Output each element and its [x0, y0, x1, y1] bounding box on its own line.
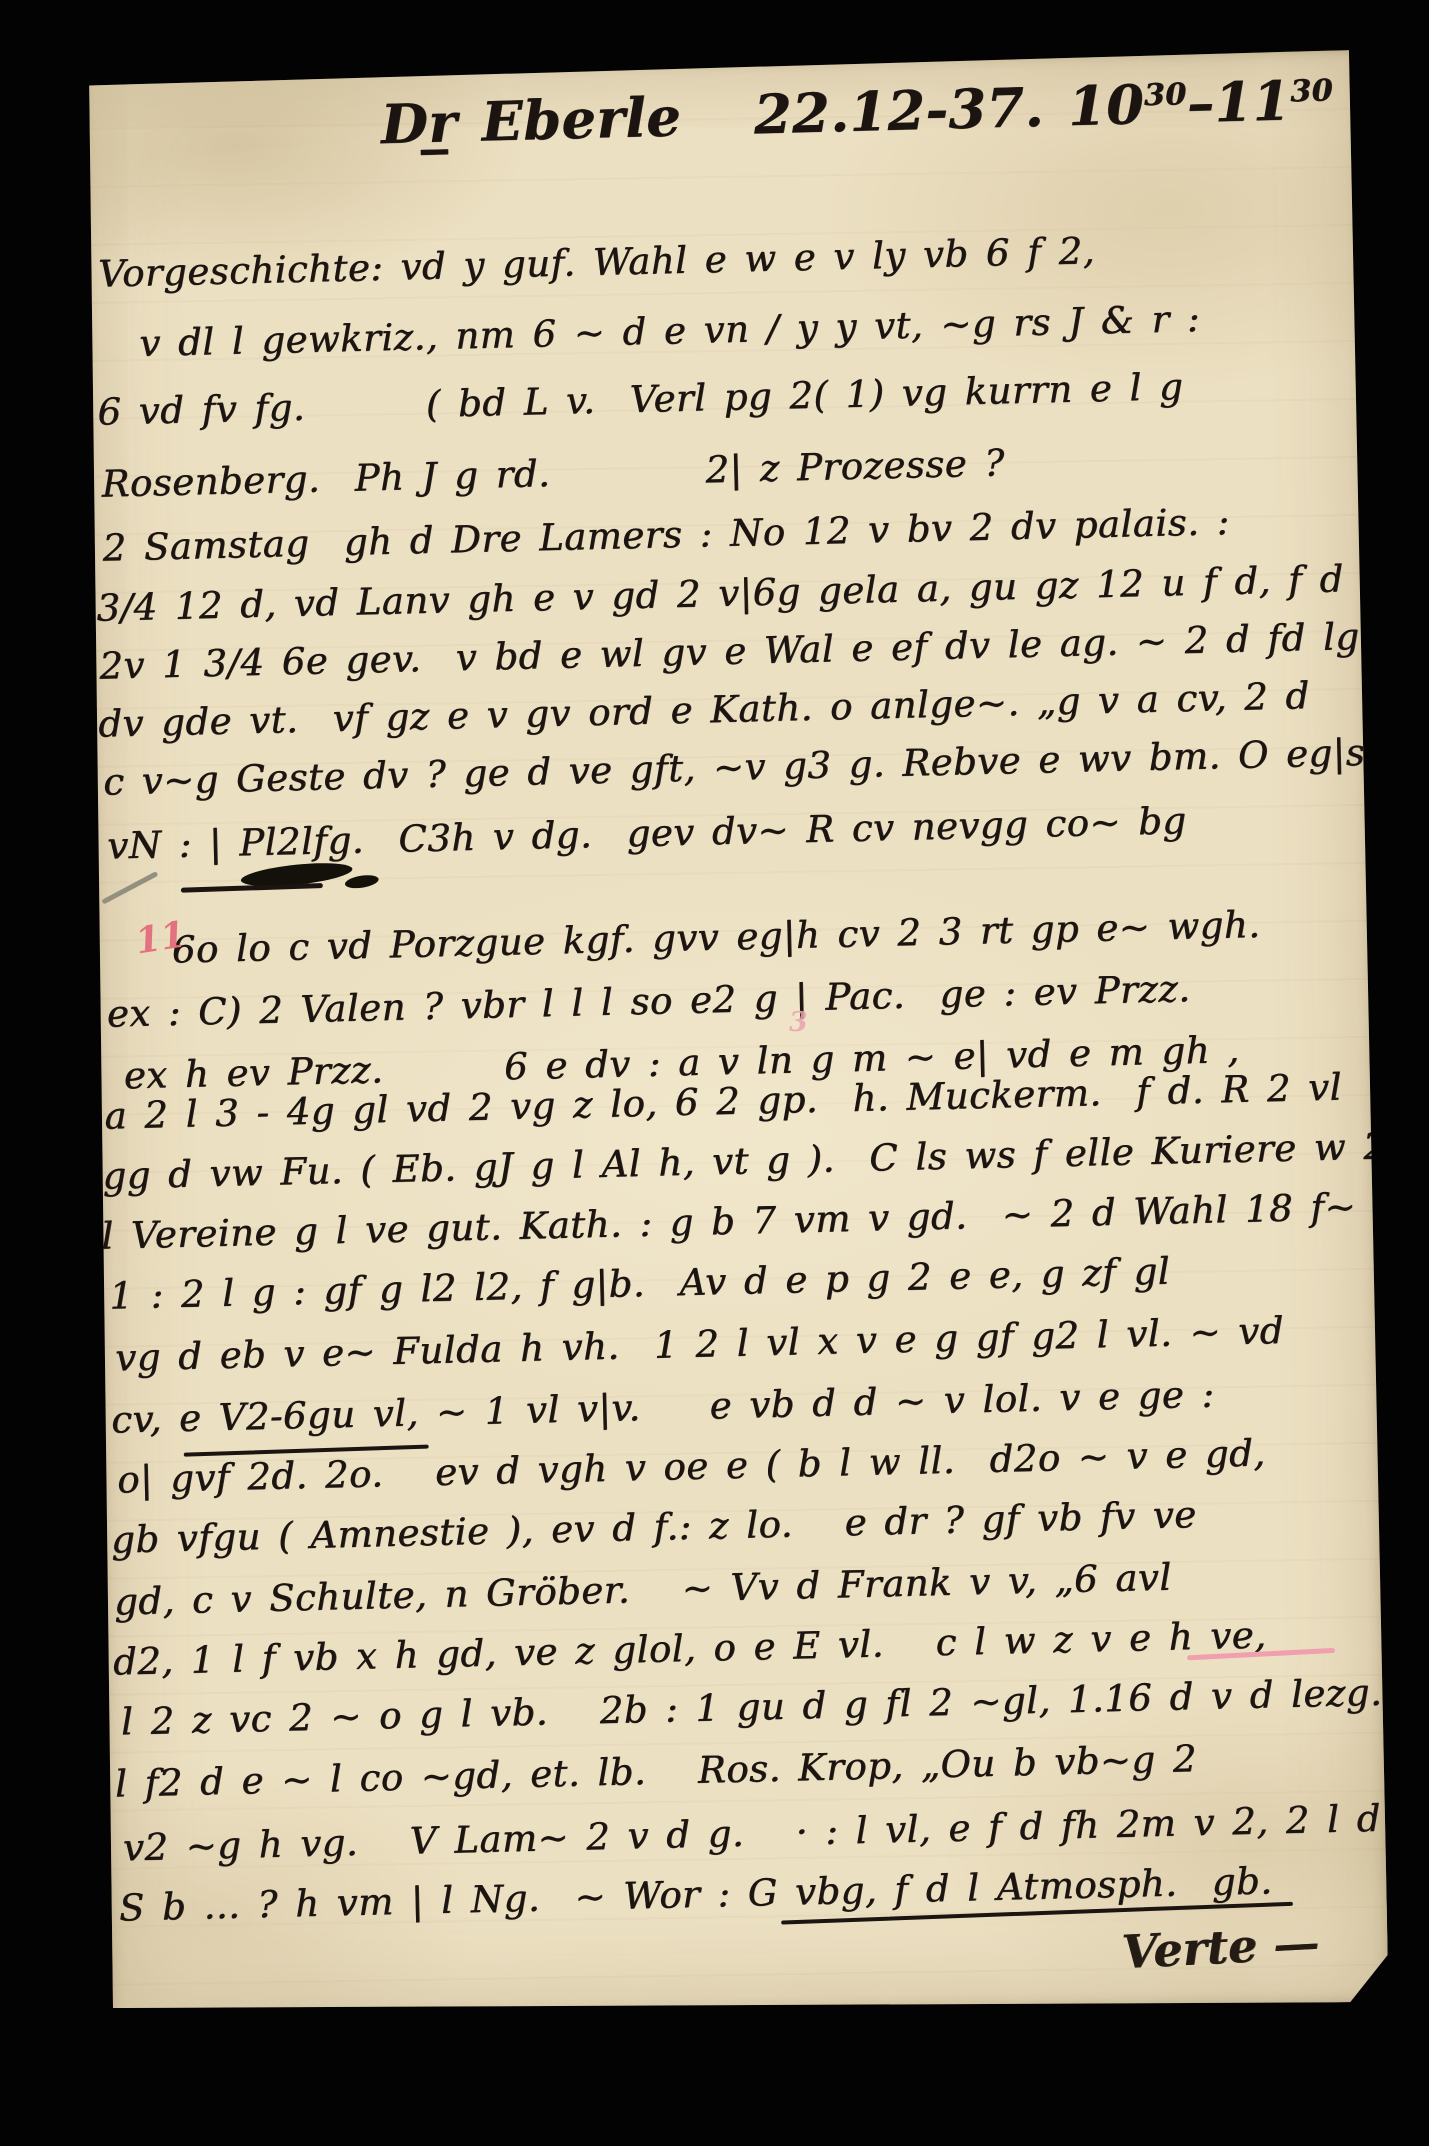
body-line: 1 : 2 l g : gf g l2 l2, f g|b. Av d e p … — [109, 1245, 1378, 1318]
body-line: vg d eb v e~ Fulda h vh. 1 2 l vl x v e … — [115, 1307, 1384, 1380]
body-line: ex : C) 2 Valen ? vbr l l l so e2 g | Pa… — [106, 963, 1375, 1036]
body-line: S b ... ? h vm | l Ng. ~ Wor : G vbg, f … — [118, 1857, 1387, 1930]
header-line: Dr̲ Eberle 22.12-37. 1030–1130 — [380, 67, 1334, 156]
body-line: l f2 d e ~ l co ~gd, et. lb. Ros. Krop, … — [114, 1733, 1383, 1806]
body-line: l 2 z vc 2 ~ o g l vb. 2b : 1 gu d g fl … — [120, 1671, 1389, 1744]
doctor-name: Dr̲ Eberle — [380, 84, 682, 156]
pencil-mark — [101, 871, 158, 904]
body-line: 6o lo c vd Porzgue kgf. gvv eg|h cv 2 3 … — [171, 899, 1429, 972]
body-line: 6 vd fv fg. ( bd L v. Verl pg 2( 1) vg k… — [97, 361, 1366, 434]
body-line: o| gvf 2d. 2o. ev d vgh v oe e ( b l w l… — [117, 1429, 1386, 1502]
session-date: 22.12-37. — [753, 75, 1045, 147]
scanned-page-background: Dr̲ Eberle 22.12-37. 1030–1130 Vorgeschi… — [0, 0, 1429, 2146]
body-line: cv, e V2-6gu vl, ~ 1 vl v|v. e vb d d ~ … — [111, 1369, 1380, 1442]
body-line: l Vereine g l ve gut. Kath. : g b 7 vm v… — [101, 1185, 1370, 1258]
red-paragraph-number: 11 — [133, 913, 189, 962]
body-line: Rosenberg. Ph J g rd. 2| z Prozesse ? — [101, 433, 1370, 506]
body-line: v2 ~g h vg. V Lam~ 2 v d g. · : l vl, e … — [122, 1797, 1391, 1870]
manuscript-paper: Dr̲ Eberle 22.12-37. 1030–1130 Vorgeschi… — [80, 50, 1389, 2022]
turn-note: Verte — — [1120, 1915, 1320, 1979]
body-line: c v~g Geste dv ? ge d ve gft, ~v g3 g. R… — [103, 731, 1372, 804]
body-line: gd, c v Schulte, n Gröber. ~ Vv d Frank … — [114, 1551, 1383, 1624]
underline-mark — [181, 883, 323, 893]
body-line: Vorgeschichte: vd y guf. Wahl e w e v ly… — [98, 223, 1367, 296]
body-line: vN : | Pl2lfg. C3h v dg. gev dv~ R cv ne… — [107, 795, 1376, 868]
body-line: 2 Samstag gh d Dre Lamers : No 12 v bv 2… — [102, 497, 1371, 570]
session-time: 1030–1130 — [1067, 67, 1334, 138]
ink-blot — [344, 873, 379, 890]
body-line: v dl l gewkriz., nm 6 ~ d e vn / y y vt,… — [139, 292, 1408, 365]
body-line: d2, 1 l f vb x h gd, ve z glol, o e E vl… — [113, 1611, 1382, 1684]
body-line: gg d vw Fu. ( Eb. gJ g l Al h, vt g ). C… — [102, 1125, 1371, 1198]
body-line: gb vfgu ( Amnestie ), ev d f.: z lo. e d… — [111, 1489, 1380, 1562]
red-small-mark: 3 — [789, 1007, 808, 1038]
